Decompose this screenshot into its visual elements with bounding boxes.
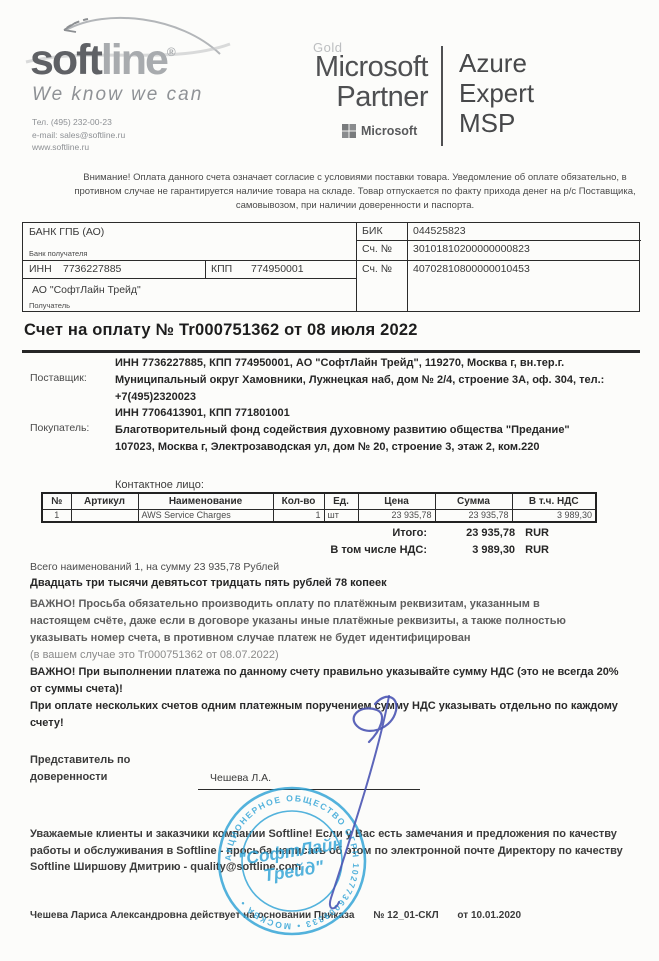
items-table: № Артикул Наименование Кол-во Ед. Цена С… — [41, 492, 597, 523]
bik-label: БИК — [362, 225, 383, 237]
table-divider — [356, 223, 357, 311]
item-name: AWS Service Charges — [138, 509, 273, 522]
col-price: Цена — [358, 493, 435, 509]
item-price: 23 935,78 — [358, 509, 435, 522]
table-row: 1 AWS Service Charges 1 шт 23 935,78 23 … — [42, 509, 596, 522]
bank-requisites-table: БАНК ГПБ (АО) Банк получателя БИК 044525… — [22, 222, 640, 312]
registered-mark: ® — [167, 45, 176, 59]
items-header-row: № Артикул Наименование Кол-во Ед. Цена С… — [42, 493, 596, 509]
item-vat: 3 989,30 — [512, 509, 596, 522]
microsoft-logo-small: Microsoft — [342, 124, 417, 138]
microsoft-partner-wordmark: Microsoft Partner — [300, 52, 428, 112]
item-sum: 23 935,78 — [435, 509, 512, 522]
total-row: Итого: 23 935,78 RUR — [250, 527, 549, 539]
buyer-details: ИНН 7706413901, КПП 771801001 Благотвори… — [115, 405, 650, 456]
brand-contacts: Тел. (495) 232-00-23 e-mail: sales@softl… — [32, 116, 260, 154]
recipient-label: Получатель — [29, 301, 70, 310]
table-divider — [407, 223, 408, 311]
settlement-account-value: 40702810800000010453 — [413, 263, 530, 275]
bik-value: 044525823 — [413, 225, 466, 237]
item-number: 1 — [42, 509, 71, 522]
email-line: e-mail: sales@softline.ru — [32, 129, 260, 142]
order-date: от 10.01.2020 — [457, 910, 521, 921]
col-sum: Сумма — [435, 493, 512, 509]
settlement-account-label: Сч. № — [362, 263, 392, 275]
softline-logo: softline® We know we can Тел. (495) 232-… — [30, 30, 260, 154]
supplier-label: Поставщик: — [30, 372, 87, 384]
phone-line: Тел. (495) 232-00-23 — [32, 116, 260, 129]
item-qty: 1 — [273, 509, 324, 522]
title-rule — [22, 350, 640, 353]
invoice-document: softline® We know we can Тел. (495) 232-… — [0, 0, 659, 961]
contact-person-label: Контактное лицо: — [115, 479, 204, 491]
bank-name-label: Банк получателя — [29, 249, 87, 258]
softline-wordmark: softline® — [30, 30, 260, 82]
bank-name: БАНК ГПБ (АО) — [29, 226, 104, 238]
table-divider — [23, 260, 639, 261]
kpp-label: КПП — [211, 263, 232, 275]
microsoft-logo-icon — [342, 124, 356, 138]
invoice-title: Счет на оплату № Tr000751362 от 08 июля … — [24, 321, 418, 340]
representative-role: Представитель по доверенности — [30, 752, 130, 786]
recipient-name: АО "СофтЛайн Трейд" — [32, 284, 141, 296]
payment-notice: Внимание! Оплата данного счета означает … — [70, 171, 640, 213]
item-article — [71, 509, 138, 522]
badge-divider — [441, 46, 443, 146]
table-divider — [356, 240, 641, 241]
supplier-details: ИНН 7736227885, КПП 774950001, АО "СофтЛ… — [115, 355, 650, 406]
azure-expert-msp-badge: Azure Expert MSP — [459, 48, 534, 138]
important-note-1-case: (в вашем случае это Tr000751362 от 08.07… — [30, 649, 279, 661]
important-note-1: ВАЖНО! Просьба обязательно производить о… — [30, 596, 590, 664]
table-divider — [23, 278, 356, 279]
col-unit: Ед. — [324, 493, 358, 509]
inn-label: ИНН — [29, 263, 52, 275]
corr-account-label: Сч. № — [362, 243, 392, 255]
col-name: Наименование — [138, 493, 273, 509]
item-unit: шт — [324, 509, 358, 522]
handwritten-signature — [295, 688, 425, 928]
col-qty: Кол-во — [273, 493, 324, 509]
website-line: www.softline.ru — [32, 141, 260, 154]
amount-in-words: Двадцать три тысячи девятьсот тридцать п… — [30, 577, 387, 589]
buyer-label: Покупатель: — [30, 422, 89, 434]
col-vat: В т.ч. НДС — [512, 493, 596, 509]
corr-account-value: 30101810200000000823 — [413, 243, 530, 255]
brand-tagline: We know we can — [32, 84, 260, 106]
vat-total-row: В том числе НДС: 3 989,30 RUR — [250, 544, 549, 556]
items-summary: Всего наименований 1, на сумму 23 935,78… — [30, 561, 279, 573]
table-divider — [205, 260, 206, 278]
kpp-value: 774950001 — [251, 263, 304, 275]
inn-value: 7736227885 — [63, 263, 121, 275]
col-number: № — [42, 493, 71, 509]
col-article: Артикул — [71, 493, 138, 509]
